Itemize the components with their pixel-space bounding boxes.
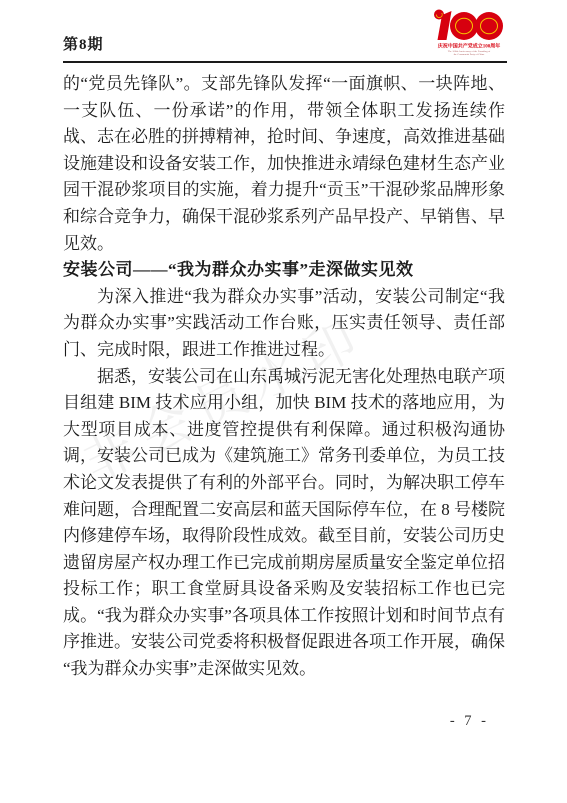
ccp-100th-anniversary-logo-icon: 庆祝中国共产党成立100周年 The 100th Anniversary of … xyxy=(431,8,507,60)
continued-paragraph: 的“党员先锋队”。支部先锋队发挥“一面旗帜、一块阵地、一支队伍、一份承诺”的作用… xyxy=(63,71,505,257)
logo-title-cn: 庆祝中国共产党成立100周年 xyxy=(438,43,501,50)
page-number: - 7 - xyxy=(450,713,489,730)
document-page: 非会员水印 第8期 庆祝中国共产党成立100周年 The 100th Anniv… xyxy=(0,0,567,803)
section-heading: 安装公司——“我为群众办实事”走深做实见效 xyxy=(63,257,505,284)
logo-zero-right xyxy=(475,12,503,40)
paragraph-2: 为深入推进“我为群众办实事”活动，安装公司制定“我为群众办实事”实践活动工作台账… xyxy=(63,284,505,364)
article-body: 的“党员先锋队”。支部先锋队发挥“一面旗帜、一块阵地、一支队伍、一份承诺”的作用… xyxy=(63,71,505,683)
page-header: 第8期 庆祝中国共产党成立100周年 The 100th Anniversary… xyxy=(63,0,507,63)
logo-zero-left xyxy=(450,12,478,40)
issue-number-label: 第8期 xyxy=(63,33,104,61)
logo-title-en-line2: the Communist Party of China xyxy=(454,53,485,56)
paragraph-3: 据悉，安装公司在山东禹城污泥无害化处理热电联产项目组建 BIM 技术应用小组，加… xyxy=(63,364,505,683)
